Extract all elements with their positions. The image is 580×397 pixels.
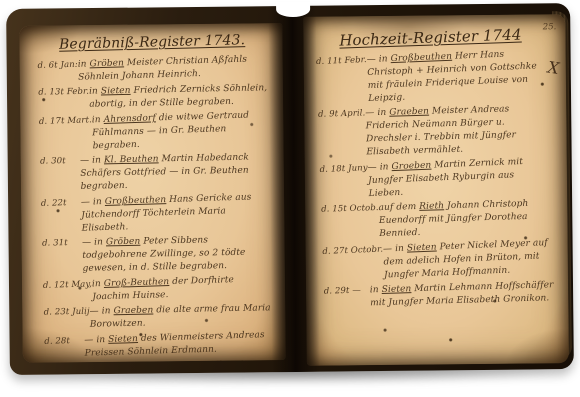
entry-place-name: Ahrensdorf (104, 113, 156, 125)
entry-place-name: Kl. Beuthen (104, 154, 159, 165)
entry-text: in Sieten Friedrich Zernicks Söhnlein, a… (89, 82, 269, 111)
entry-preposition: — in (84, 335, 108, 346)
entry-date: d. 22t (41, 197, 82, 237)
entry-preposition: — in (82, 237, 106, 247)
entry-date: d. 27t Octobr. (322, 244, 384, 285)
entry-date: d. 29t — (324, 284, 371, 311)
entry-place-name: Graeben (389, 107, 429, 118)
entry-date: d. 17t Mart. (39, 114, 93, 155)
register-entry: d. 11t Febr. — in Großbeuthen Herr Hans … (316, 47, 548, 108)
entry-preposition: — in (81, 197, 105, 208)
entry-place-name: Sieten (108, 334, 138, 345)
entry-place-name: Graeben (113, 305, 153, 316)
left-page-title: Begräbniß-Register 1743. (37, 31, 267, 55)
register-entry: d. 15t Octob. auf dem Rieth Johann Chris… (321, 197, 552, 242)
margin-x-mark: X (546, 58, 560, 78)
entry-text: — in Graeben die alte arme frau Maria Bo… (90, 302, 275, 332)
entry-date: d. 9t April. (318, 107, 367, 160)
register-entry: d. 18t Juny — in Groeben Martin Zernick … (319, 155, 550, 203)
register-entry: d. 31t — in Gröben Peter Sibbens todgebo… (42, 233, 273, 276)
photograph-of-open-register-book: Begräbniß-Register 1743. d. 6t Jan: in G… (0, 0, 580, 397)
entry-place-name: Sieten (407, 242, 437, 253)
register-entry: d. 23t Julij — in Graeben die alte arme … (44, 302, 274, 332)
register-entry: d. 9t April. — in Graeben Meister Andrea… (318, 102, 549, 160)
open-book: Begräbniß-Register 1743. d. 6t Jan: in G… (6, 3, 574, 375)
entry-preposition: auf dem (378, 202, 419, 213)
burial-entries-list: d. 6t Jan: in Gröben Meister Christian A… (37, 54, 275, 363)
entry-date: d. 31t (42, 237, 83, 277)
entry-text: — in Groeben Martin Zernick mit Jungfer … (367, 155, 550, 201)
entry-date: d. 18t Juny (319, 162, 369, 203)
entry-text: — in Kl. Beuthen Martin Habedanck Schäfe… (80, 151, 271, 194)
entry-preposition: — in (90, 306, 114, 316)
entry-date: d. 15t Octob. (321, 202, 380, 243)
entry-place-name: Großbeuthen (390, 52, 452, 64)
left-page-text: Begräbniß-Register 1743. d. 6t Jan: in G… (37, 31, 276, 363)
register-entry: d. 6t Jan: in Gröben Meister Christian A… (37, 53, 268, 86)
entry-place-name: Sieten (382, 284, 412, 295)
register-entry: d. 12t May, in Groß-Beuthen der Dorfhirt… (43, 273, 274, 306)
entry-text: — in Großbeuthen Hans Gericke aus Jütche… (81, 191, 272, 236)
entry-preposition: — in (383, 244, 407, 255)
entry-text: auf dem Rieth Johann Christoph Euendorff… (378, 197, 552, 241)
register-entry: d. 28t — in Sieten des Wienmeisters Andr… (44, 329, 275, 362)
entry-text: — in Sieten des Wienmeisters Andreas Pre… (84, 329, 275, 361)
entry-preposition: in (92, 279, 104, 289)
entry-date: d. 11t Febr. (316, 54, 369, 108)
entry-text: — in Großbeuthen Herr Hans Christoph + H… (367, 47, 548, 106)
entry-place-name: Groß-Beuthen (104, 277, 170, 289)
entry-preposition: — in (365, 108, 389, 119)
entry-place-name: Gröben (106, 237, 141, 248)
entry-text: in Ahrensdorf die witwe Gertraud Fühlman… (92, 109, 270, 153)
register-entry: d. 13t Febr. in Sieten Friedrich Zernick… (38, 82, 268, 112)
right-page: 25. X Hochzeit-Register 1744 d. 11t Febr… (303, 14, 569, 366)
register-entry: d. 22t — in Großbeuthen Hans Gericke aus… (41, 191, 272, 237)
entry-date: d. 28t (44, 335, 85, 362)
entry-preposition: — in (80, 155, 104, 165)
entry-place-name: Groeben (391, 161, 431, 173)
entry-text: — in Graeben Meister Andreas Friderich N… (365, 102, 549, 159)
entry-date: d. 23t Julij (44, 306, 90, 333)
entry-place-name: Sieten (101, 86, 131, 97)
entry-preposition: — in (367, 162, 391, 173)
entry-preposition: in (92, 115, 104, 125)
entry-text: in Sieten Martin Lehmann Hoffschäffer mi… (370, 279, 555, 310)
entry-preposition: — in (367, 54, 391, 65)
entry-preposition: in (89, 86, 101, 96)
entry-date: d. 13t Febr. (38, 86, 89, 113)
entry-text: — in Sieten Peter Nickel Meyer auf dem a… (383, 237, 554, 283)
entry-date: d. 6t Jan: (37, 59, 78, 86)
register-entry: d. 17t Mart. in Ahrensdorf die witwe Ger… (39, 109, 270, 155)
entry-preposition: in (370, 285, 382, 295)
register-entry: d. 30t — in Kl. Beuthen Martin Habedanck… (40, 151, 271, 194)
right-page-text: Hochzeit-Register 1744 d. 11t Febr. — in… (315, 25, 554, 314)
entry-place-name: Rieth (419, 201, 444, 212)
entry-place-name: Großbeuthen (105, 195, 167, 207)
entry-date: d. 30t (40, 155, 81, 195)
right-page-title: Hochzeit-Register 1744 (315, 25, 545, 51)
register-entry: d. 27t Octobr. — in Sieten Peter Nickel … (322, 237, 553, 285)
entry-text: in Groß-Beuthen der Dorfhirte Joachim Hu… (92, 273, 274, 305)
entry-text: in Gröben Meister Christian Aßfahls Söhn… (78, 53, 269, 85)
entry-text: — in Gröben Peter Sibbens todgebohrene Z… (82, 233, 273, 276)
entry-date: d. 12t May, (43, 278, 93, 305)
entry-place-name: Gröben (89, 58, 124, 69)
entry-preposition: in (78, 59, 90, 69)
register-entry: d. 29t — in Sieten Martin Lehmann Hoffsc… (324, 279, 555, 311)
marriage-entries-list: d. 11t Febr. — in Großbeuthen Herr Hans … (316, 48, 554, 312)
left-page: Begräbniß-Register 1743. d. 6t Jan: in G… (19, 23, 286, 363)
